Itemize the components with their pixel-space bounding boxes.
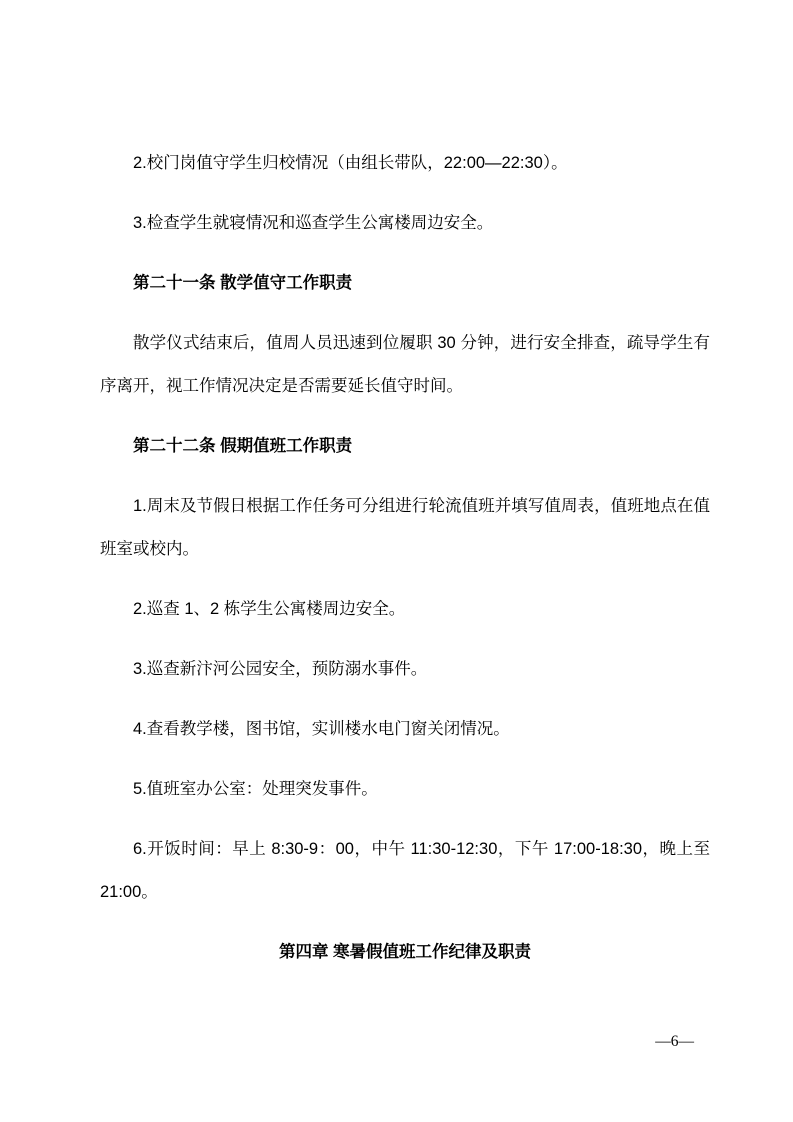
page-number: —6— <box>100 1031 694 1053</box>
document-page: 2.校门岗值守学生归校情况（由组长带队，22:00—22:30）。 3.检查学生… <box>0 0 793 1122</box>
document-body: 2.校门岗值守学生归校情况（由组长带队，22:00—22:30）。 3.检查学生… <box>100 142 710 991</box>
list-item: 2.巡查 1、2 栋学生公寓楼周边安全。 <box>100 588 710 631</box>
list-item: 6.开饭时间：早上 8:30-9：00，中午 11:30-12:30，下午 17… <box>100 828 710 914</box>
section-heading: 第二十一条 散学值守工作职责 <box>100 262 710 305</box>
paragraph: 散学仪式结束后，值周人员迅速到位履职 30 分钟，进行安全排查，疏导学生有序离开… <box>100 322 710 408</box>
list-item: 3.巡查新汴河公园安全，预防溺水事件。 <box>100 648 710 691</box>
list-item: 1.周末及节假日根据工作任务可分组进行轮流值班并填写值周表，值班地点在值班室或校… <box>100 485 710 571</box>
list-item: 3.检查学生就寝情况和巡查学生公寓楼周边安全。 <box>100 202 710 245</box>
list-item: 4.查看教学楼，图书馆，实训楼水电门窗关闭情况。 <box>100 708 710 751</box>
chapter-heading: 第四章 寒暑假值班工作纪律及职责 <box>100 931 710 974</box>
section-heading: 第二十二条 假期值班工作职责 <box>100 425 710 468</box>
list-item: 5.值班室办公室：处理突发事件。 <box>100 768 710 811</box>
list-item: 2.校门岗值守学生归校情况（由组长带队，22:00—22:30）。 <box>100 142 710 185</box>
